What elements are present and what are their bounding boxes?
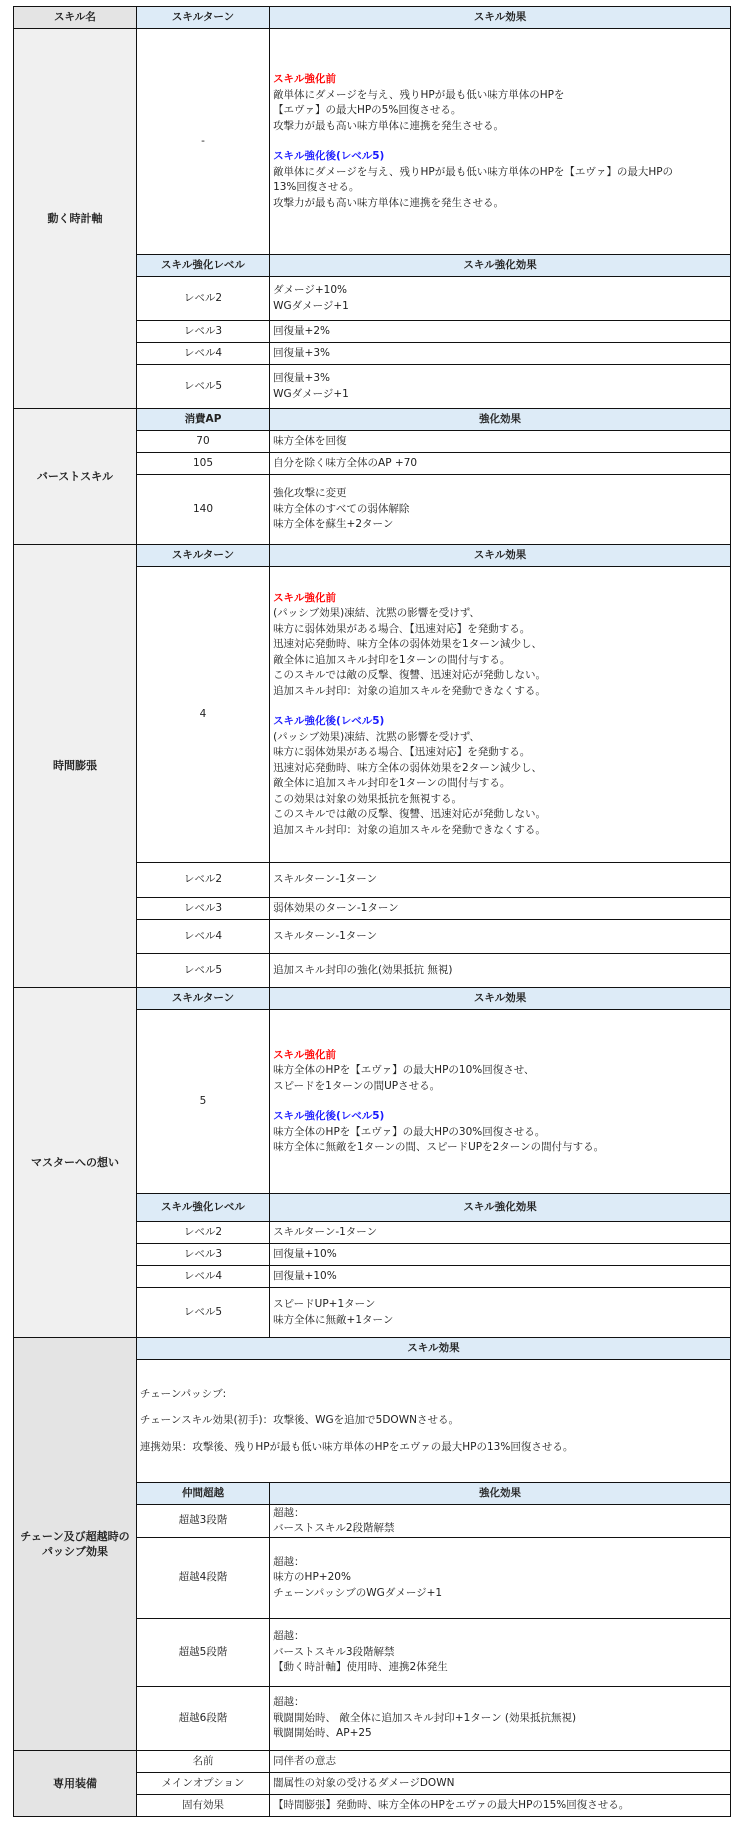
skill1-turn: - — [136, 29, 269, 255]
equipment-row: 専用装備 名前 同伴者の意志 — [14, 1751, 731, 1773]
enh-level-header: スキル強化レベル — [136, 255, 269, 277]
header-skill-effect: スキル効果 — [270, 7, 731, 29]
skill1-effect: スキル強化前 敵単体にダメージを与え、残りHPが最も低い味方単体のHPを 【エヴ… — [270, 29, 731, 255]
skill3-header-row: マスターへの想い スキルターン スキル効果 — [14, 988, 731, 1010]
chain-effect: チェーンパッシブ: チェーンスキル効果(初手)：攻撃後、WGを追加で5DOWNさ… — [136, 1360, 730, 1483]
skill3-name: マスターへの想い — [14, 988, 137, 1338]
skill2-header-row: 時間膨張 スキルターン スキル効果 — [14, 545, 731, 567]
burst-name: バーストスキル — [14, 409, 137, 545]
after-label: スキル強化後(レベル5) — [273, 149, 727, 165]
header-skill-turn: スキルターン — [136, 7, 269, 29]
skill3-turn: 5 — [136, 1010, 269, 1194]
equipment-name: 専用装備 — [14, 1751, 137, 1817]
enh-effect-header: スキル強化効果 — [270, 255, 731, 277]
skill3-effect: スキル強化前 味方全体のHPを【エヴァ】の最大HPの10%回復させ、 スピードを… — [270, 1010, 731, 1194]
chain-name: チェーン及び超越時の パッシブ効果 — [14, 1338, 137, 1751]
header-skill-name: スキル名 — [14, 7, 137, 29]
skill-table: スキル名 スキルターン スキル効果 動く時計軸 - スキル強化前 敵単体にダメー… — [13, 6, 731, 1817]
table-header-row: スキル名 スキルターン スキル効果 — [14, 7, 731, 29]
chain-header-row: チェーン及び超越時の パッシブ効果 スキル効果 — [14, 1338, 731, 1360]
ap-cost-header: 消費AP — [136, 409, 269, 431]
skill2-name: 時間膨張 — [14, 545, 137, 988]
before-label: スキル強化前 — [273, 72, 727, 88]
skill2-effect: スキル強化前 (パッシブ効果)凍結、沈黙の影響を受けず、 味方に弱体効果がある場… — [270, 567, 731, 863]
burst-header-row: バーストスキル 消費AP 強化効果 — [14, 409, 731, 431]
reinforce-effect-header: 強化効果 — [270, 409, 731, 431]
skill2-turn: 4 — [136, 567, 269, 863]
skill1-name: 動く時計軸 — [14, 29, 137, 409]
skill1-main-row: 動く時計軸 - スキル強化前 敵単体にダメージを与え、残りHPが最も低い味方単体… — [14, 29, 731, 255]
